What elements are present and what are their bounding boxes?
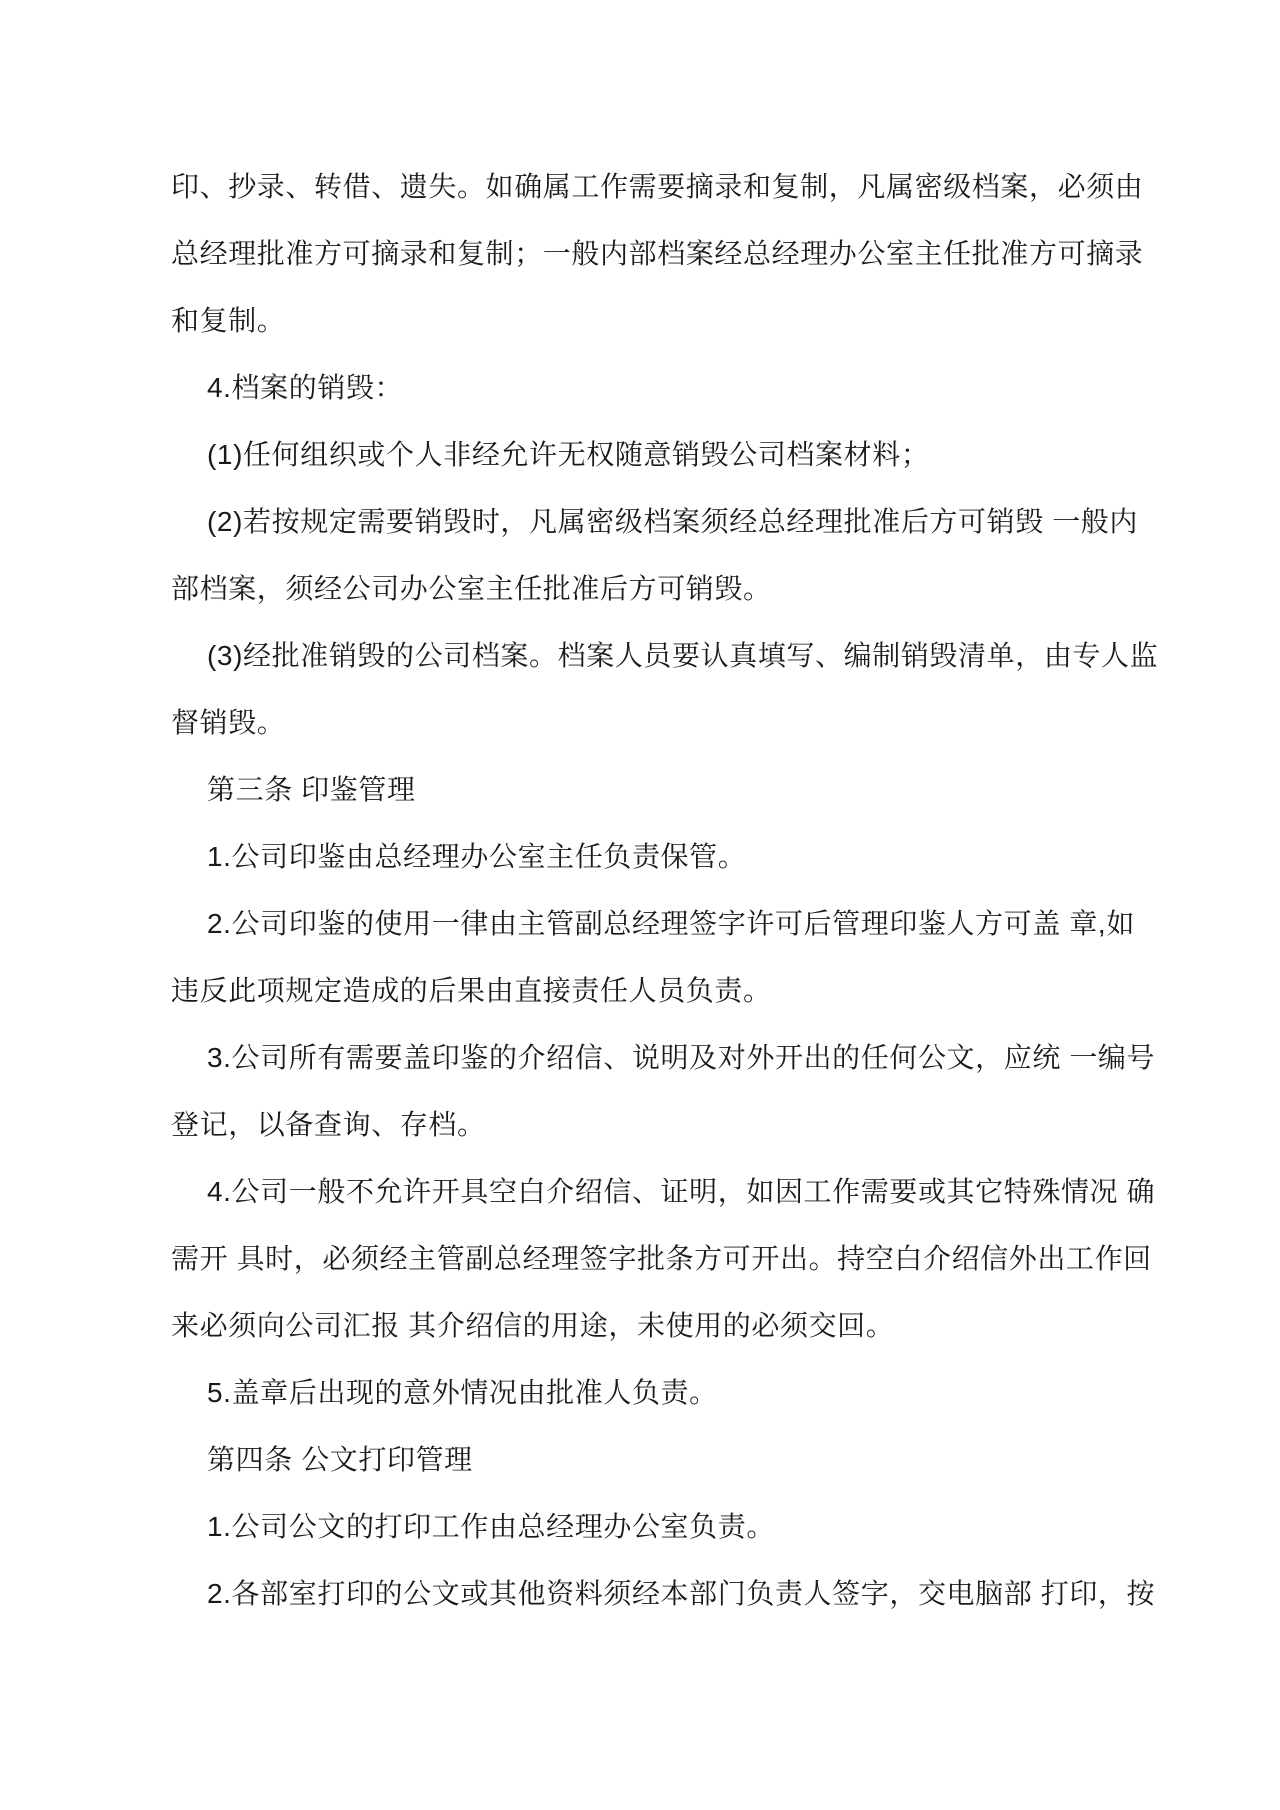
text-line: 督销毁。 (171, 689, 1170, 756)
text-line: 3.公司所有需要盖印鉴的介绍信、说明及对外开出的任何公文，应统 一编号 (207, 1024, 1170, 1091)
text-line: 需开 具时，必须经主管副总经理签字批条方可开出。持空白介绍信外出工作回 (171, 1225, 1170, 1292)
text-line: 2.各部室打印的公文或其他资料须经本部门负责人签字，交电脑部 打印，按 (207, 1560, 1170, 1627)
text-line: 总经理批准方可摘录和复制；一般内部档案经总经理办公室主任批准方可摘录 (171, 220, 1170, 287)
text-line: 来必须向公司汇报 其介绍信的用途，未使用的必须交回。 (171, 1292, 1170, 1359)
text-line: 登记，以备查询、存档。 (171, 1091, 1170, 1158)
text-line: 2.公司印鉴的使用一律由主管副总经理签字许可后管理印鉴人方可盖 章,如 (207, 890, 1170, 957)
text-line: (1)任何组织或个人非经允许无权随意销毁公司档案材料； (207, 421, 1170, 488)
text-line: 5.盖章后出现的意外情况由批准人负责。 (207, 1359, 1170, 1426)
document-page: 印、抄录、转借、遗失。如确属工作需要摘录和复制，凡属密级档案，必须由 总经理批准… (0, 0, 1280, 1810)
text-line: 1.公司公文的打印工作由总经理办公室负责。 (207, 1493, 1170, 1560)
section-heading: 第四条 公文打印管理 (207, 1426, 1170, 1493)
text-line: 印、抄录、转借、遗失。如确属工作需要摘录和复制，凡属密级档案，必须由 (171, 153, 1170, 220)
text-line: (2)若按规定需要销毁时，凡属密级档案须经总经理批准后方可销毁 一般内 (207, 488, 1170, 555)
text-line: 1.公司印鉴由总经理办公室主任负责保管。 (207, 823, 1170, 890)
text-line: 和复制。 (171, 287, 1170, 354)
text-line: 4.公司一般不允许开具空白介绍信、证明，如因工作需要或其它特殊情况 确 (207, 1158, 1170, 1225)
text-line: 4.档案的销毁： (207, 354, 1170, 421)
section-heading: 第三条 印鉴管理 (207, 756, 1170, 823)
text-line: (3)经批准销毁的公司档案。档案人员要认真填写、编制销毁清单，由专人监 (207, 622, 1170, 689)
text-line: 违反此项规定造成的后果由直接责任人员负责。 (171, 957, 1170, 1024)
text-line: 部档案，须经公司办公室主任批准后方可销毁。 (171, 555, 1170, 622)
